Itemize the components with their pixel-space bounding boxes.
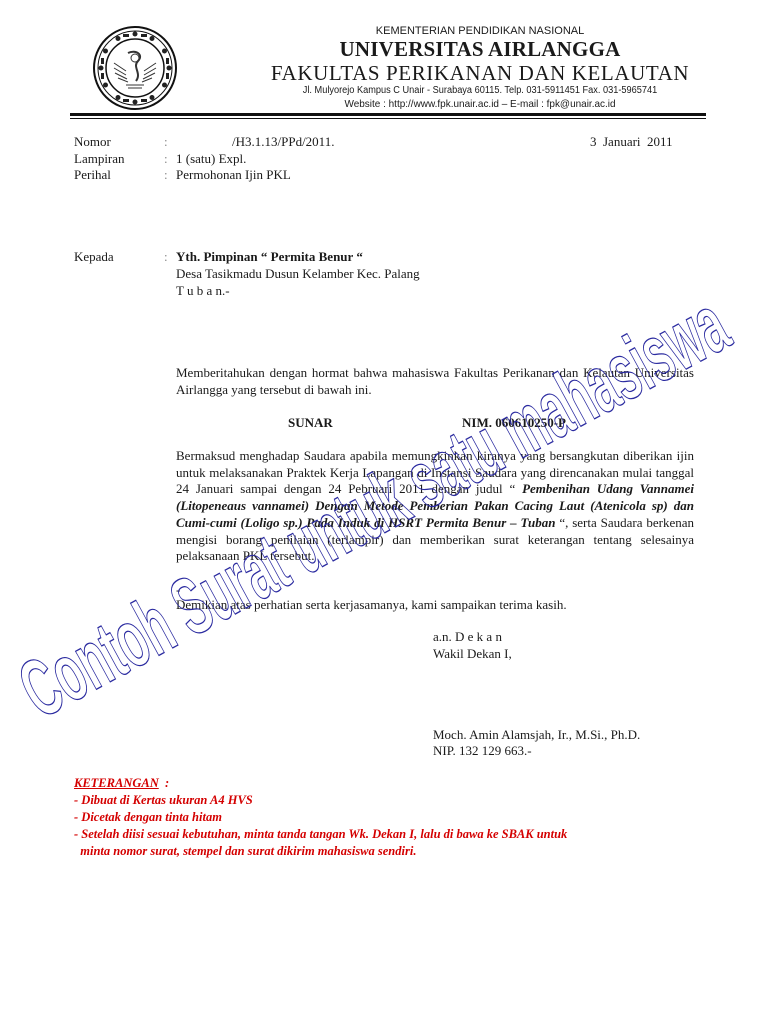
- student-name: SUNAR: [288, 415, 333, 431]
- lampiran-colon: :: [164, 151, 168, 167]
- note-item: - Dicetak dengan tinta hitam: [74, 809, 222, 825]
- signatory-name: Moch. Amin Alamsjah, Ir., M.Si., Ph.D.: [433, 727, 640, 743]
- signatory-nip: NIP. 132 129 663.-: [433, 743, 532, 759]
- signature-on-behalf: a.n. D e k a n: [433, 629, 502, 645]
- faculty-name: FAKULTAS PERIKANAN DAN KELAUTAN: [220, 61, 740, 86]
- lampiran-value: 1 (satu) Expl.: [176, 151, 246, 167]
- nomor-label: Nomor: [74, 134, 111, 150]
- notes-heading: KETERANGAN :: [74, 775, 169, 791]
- kepada-label: Kepada: [74, 249, 114, 265]
- recipient-city: T u b a n.-: [176, 283, 230, 299]
- perihal-label: Perihal: [74, 167, 111, 183]
- intro-paragraph: Memberitahukan dengan hormat bahwa mahas…: [176, 365, 694, 398]
- letter-date: 3 Januari 2011: [590, 134, 673, 150]
- perihal-value: Permohonan Ijin PKL: [176, 167, 291, 183]
- letterhead-rule-thin: [70, 118, 706, 119]
- faculty-address: Jl. Mulyorejo Kampus C Unair - Surabaya …: [241, 85, 719, 96]
- closing-sentence: Demikian atas perhatian serta kerjasaman…: [176, 597, 567, 613]
- signature-position: Wakil Dekan I,: [433, 646, 512, 662]
- recipient-name: Yth. Pimpinan “ Permita Benur “: [176, 249, 363, 265]
- notes-heading-colon: :: [159, 776, 169, 790]
- request-paragraph: Bermaksud menghadap Saudara apabila memu…: [176, 448, 694, 565]
- university-seal-icon: [92, 25, 178, 111]
- perihal-colon: :: [164, 167, 168, 183]
- notes-heading-text: KETERANGAN: [74, 776, 159, 790]
- faculty-contact: Website : http://www.fpk.unair.ac.id – E…: [233, 98, 727, 110]
- student-nim: NIM. 060610250-P: [462, 415, 566, 431]
- nomor-value: /H3.1.13/PPd/2011.: [232, 134, 334, 150]
- separator-dash: -: [176, 582, 180, 598]
- note-item: minta nomor surat, stempel dan surat dik…: [74, 843, 416, 859]
- recipient-address: Desa Tasikmadu Dusun Kelamber Kec. Palan…: [176, 266, 420, 282]
- note-item: - Dibuat di Kertas ukuran A4 HVS: [74, 792, 253, 808]
- letterhead-rule-thick: [70, 113, 706, 116]
- kepada-colon: :: [164, 249, 168, 265]
- note-item: - Setelah diisi sesuai kebutuhan, minta …: [74, 826, 567, 842]
- ministry-name: KEMENTERIAN PENDIDIKAN NASIONAL: [220, 25, 740, 37]
- nomor-colon: :: [164, 134, 168, 150]
- lampiran-label: Lampiran: [74, 151, 125, 167]
- university-name: UNIVERSITAS AIRLANGGA: [220, 37, 740, 62]
